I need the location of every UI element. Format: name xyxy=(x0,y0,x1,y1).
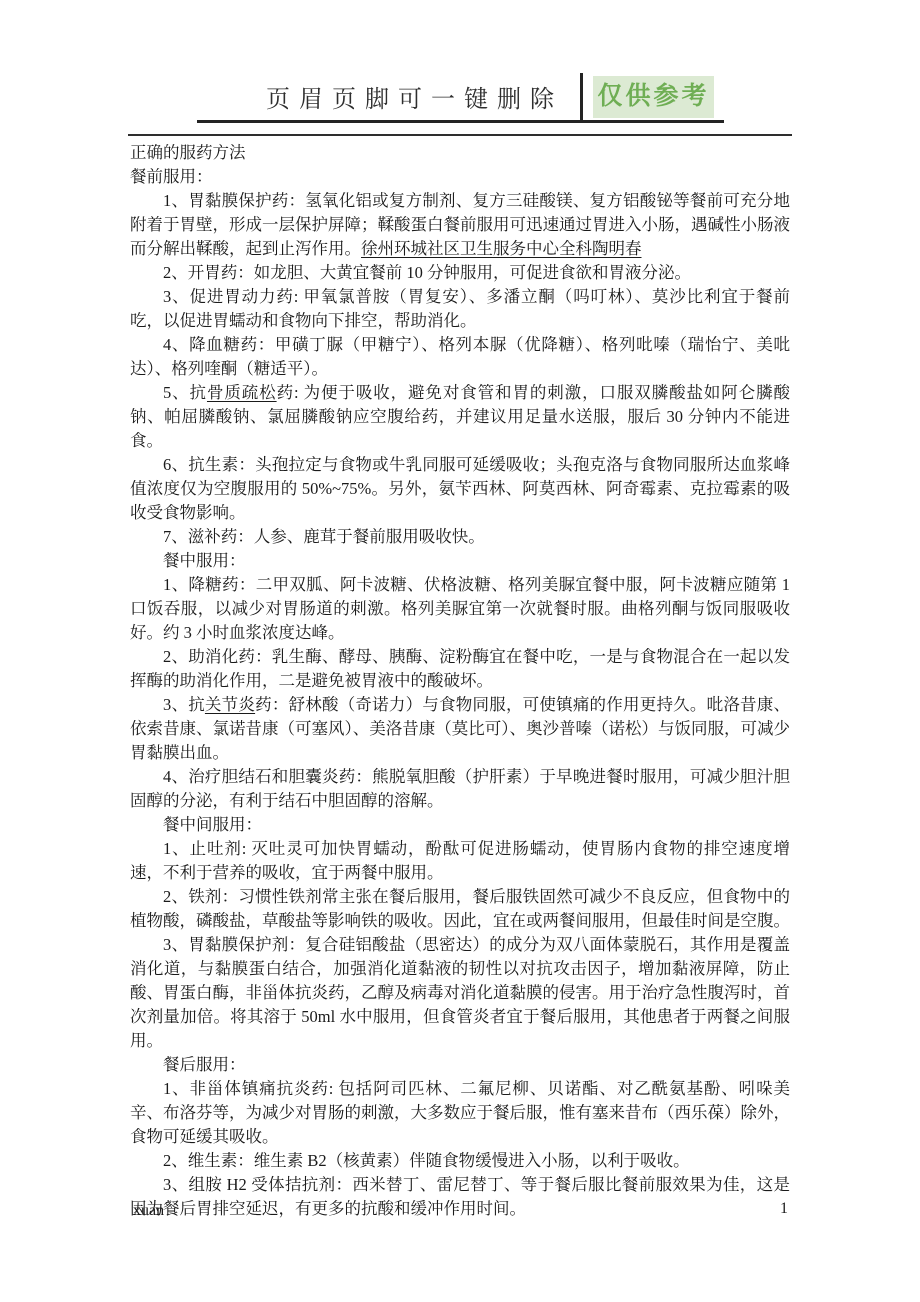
reference-only-badge: 仅供参考 xyxy=(593,76,714,118)
header-rule-thin xyxy=(128,134,792,136)
underlined-text: 徐州环城社区卫生服务中心全科陶明春 xyxy=(361,239,642,258)
paragraph: 7、滋补药：人参、鹿茸于餐前服用吸收快。 xyxy=(130,525,790,549)
paragraph: 5、抗骨质疏松药: 为便于吸收，避免对食管和胃的刺激，口服双膦酸盐如阿仑膦酸钠、… xyxy=(130,381,790,453)
text-run: 2、助消化药：乳生酶、酵母、胰酶、淀粉酶宜在餐中吃，一是与食物混合在一起以发挥酶… xyxy=(130,647,790,690)
paragraph: 1、非甾体镇痛抗炎药: 包括阿司匹林、二氟尼柳、贝诺酯、对乙酰氨基酚、吲哚美辛、… xyxy=(130,1077,790,1149)
text-run: 4、治疗胆结石和胆囊炎药：熊脱氧胆酸（护肝素）于早晚进餐时服用，可减少胆汁胆固醇… xyxy=(130,767,790,810)
paragraph: 3、胃黏膜保护剂：复合硅铝酸盐（思密达）的成分为双八面体蒙脱石，其作用是覆盖消化… xyxy=(130,933,790,1053)
text-run: 3、促进胃动力药: 甲氧氯普胺（胃复安）、多潘立酮（吗叮林）、莫沙比利宜于餐前吃… xyxy=(130,287,790,330)
section-heading: 餐中间服用： xyxy=(130,813,790,837)
text-run: 3、抗 xyxy=(163,695,205,714)
text-run: 1、非甾体镇痛抗炎药: 包括阿司匹林、二氟尼柳、贝诺酯、对乙酰氨基酚、吲哚美辛、… xyxy=(130,1079,790,1146)
paragraph: 4、降血糖药：甲磺丁脲（甲糖宁）、格列本脲（优降糖）、格列吡嗪（瑞怡宁、美吡达）… xyxy=(130,333,790,381)
text-run: 2、维生素：维生素 B2（核黄素）伴随食物缓慢进入小肠，以利于吸收。 xyxy=(163,1151,690,1170)
paragraph: 2、维生素：维生素 B2（核黄素）伴随食物缓慢进入小肠，以利于吸收。 xyxy=(130,1149,790,1173)
document-page: 页眉页脚可一键删除 仅供参考 正确的服药方法 餐前服用：1、胃黏膜保护药：氢氧化… xyxy=(0,0,920,1302)
text-run: 2、开胃药：如龙胆、大黄宜餐前 10 分钟服用，可促进食欲和胃液分泌。 xyxy=(163,263,691,282)
paragraph: 1、胃黏膜保护药：氢氧化铝或复方制剂、复方三硅酸镁、复方铝酸铋等餐前可充分地附着… xyxy=(130,189,790,261)
section-heading: 餐中服用： xyxy=(130,549,790,573)
document-title: 正确的服药方法 xyxy=(130,141,790,165)
header-watermark-text: 页眉页脚可一键删除 xyxy=(266,79,563,114)
paragraph: 3、组胺 H2 受体拮抗剂：西米替丁、雷尼替丁、等于餐后服比餐前服效果为佳，这是… xyxy=(130,1173,790,1221)
text-run: 3、胃黏膜保护剂：复合硅铝酸盐（思密达）的成分为双八面体蒙脱石，其作用是覆盖消化… xyxy=(130,935,790,1050)
underlined-text: 关节炎 xyxy=(205,695,255,714)
section-heading: 餐后服用： xyxy=(130,1053,790,1077)
underlined-text: 骨质疏松 xyxy=(207,383,277,402)
text-run: 5、抗 xyxy=(163,383,207,402)
paragraph: 1、止吐剂: 灭吐灵可加快胃蠕动，酚酞可促进肠蠕动，使胃肠内食物的排空速度增速，… xyxy=(130,837,790,885)
paragraph: 2、助消化药：乳生酶、酵母、胰酶、淀粉酶宜在餐中吃，一是与食物混合在一起以发挥酶… xyxy=(130,645,790,693)
paragraph: 2、铁剂：习惯性铁剂常主张在餐后服用，餐后服铁固然可减少不良反应，但食物中的植物… xyxy=(130,885,790,933)
paragraph: 1、降糖药：二甲双胍、阿卡波糖、伏格波糖、格列美脲宜餐中服，阿卡波糖应随第 1 … xyxy=(130,573,790,645)
text-run: 2、铁剂：习惯性铁剂常主张在餐后服用，餐后服铁固然可减少不良反应，但食物中的植物… xyxy=(130,887,790,930)
text-run: 6、抗生素：头孢拉定与食物或牛乳同服可延缓吸收；头孢克洛与食物同服所达血浆峰值浓… xyxy=(130,455,790,522)
text-run: 1、降糖药：二甲双胍、阿卡波糖、伏格波糖、格列美脲宜餐中服，阿卡波糖应随第 1 … xyxy=(130,575,790,642)
footer-author: xuan xyxy=(133,1202,164,1220)
paragraph: 6、抗生素：头孢拉定与食物或牛乳同服可延缓吸收；头孢克洛与食物同服所达血浆峰值浓… xyxy=(130,453,790,525)
section-heading: 餐前服用： xyxy=(130,165,790,189)
header-vertical-divider xyxy=(580,73,583,121)
paragraph: 3、促进胃动力药: 甲氧氯普胺（胃复安）、多潘立酮（吗叮林）、莫沙比利宜于餐前吃… xyxy=(130,285,790,333)
text-run: 7、滋补药：人参、鹿茸于餐前服用吸收快。 xyxy=(163,527,485,546)
paragraph: 2、开胃药：如龙胆、大黄宜餐前 10 分钟服用，可促进食欲和胃液分泌。 xyxy=(130,261,790,285)
paragraph: 4、治疗胆结石和胆囊炎药：熊脱氧胆酸（护肝素）于早晚进餐时服用，可减少胆汁胆固醇… xyxy=(130,765,790,813)
text-run: 1、止吐剂: 灭吐灵可加快胃蠕动，酚酞可促进肠蠕动，使胃肠内食物的排空速度增速，… xyxy=(130,839,790,882)
footer-page-number: 1 xyxy=(780,1200,788,1218)
header-rule-thick xyxy=(197,120,724,123)
paragraph: 3、抗关节炎药：舒林酸（奇诺力）与食物同服，可使镇痛的作用更持久。吡洛昔康、依索… xyxy=(130,693,790,765)
document-body: 正确的服药方法 餐前服用：1、胃黏膜保护药：氢氧化铝或复方制剂、复方三硅酸镁、复… xyxy=(130,141,790,1221)
text-run: 3、组胺 H2 受体拮抗剂：西米替丁、雷尼替丁、等于餐后服比餐前服效果为佳，这是… xyxy=(130,1175,790,1218)
text-run: 4、降血糖药：甲磺丁脲（甲糖宁）、格列本脲（优降糖）、格列吡嗪（瑞怡宁、美吡达）… xyxy=(130,335,790,378)
